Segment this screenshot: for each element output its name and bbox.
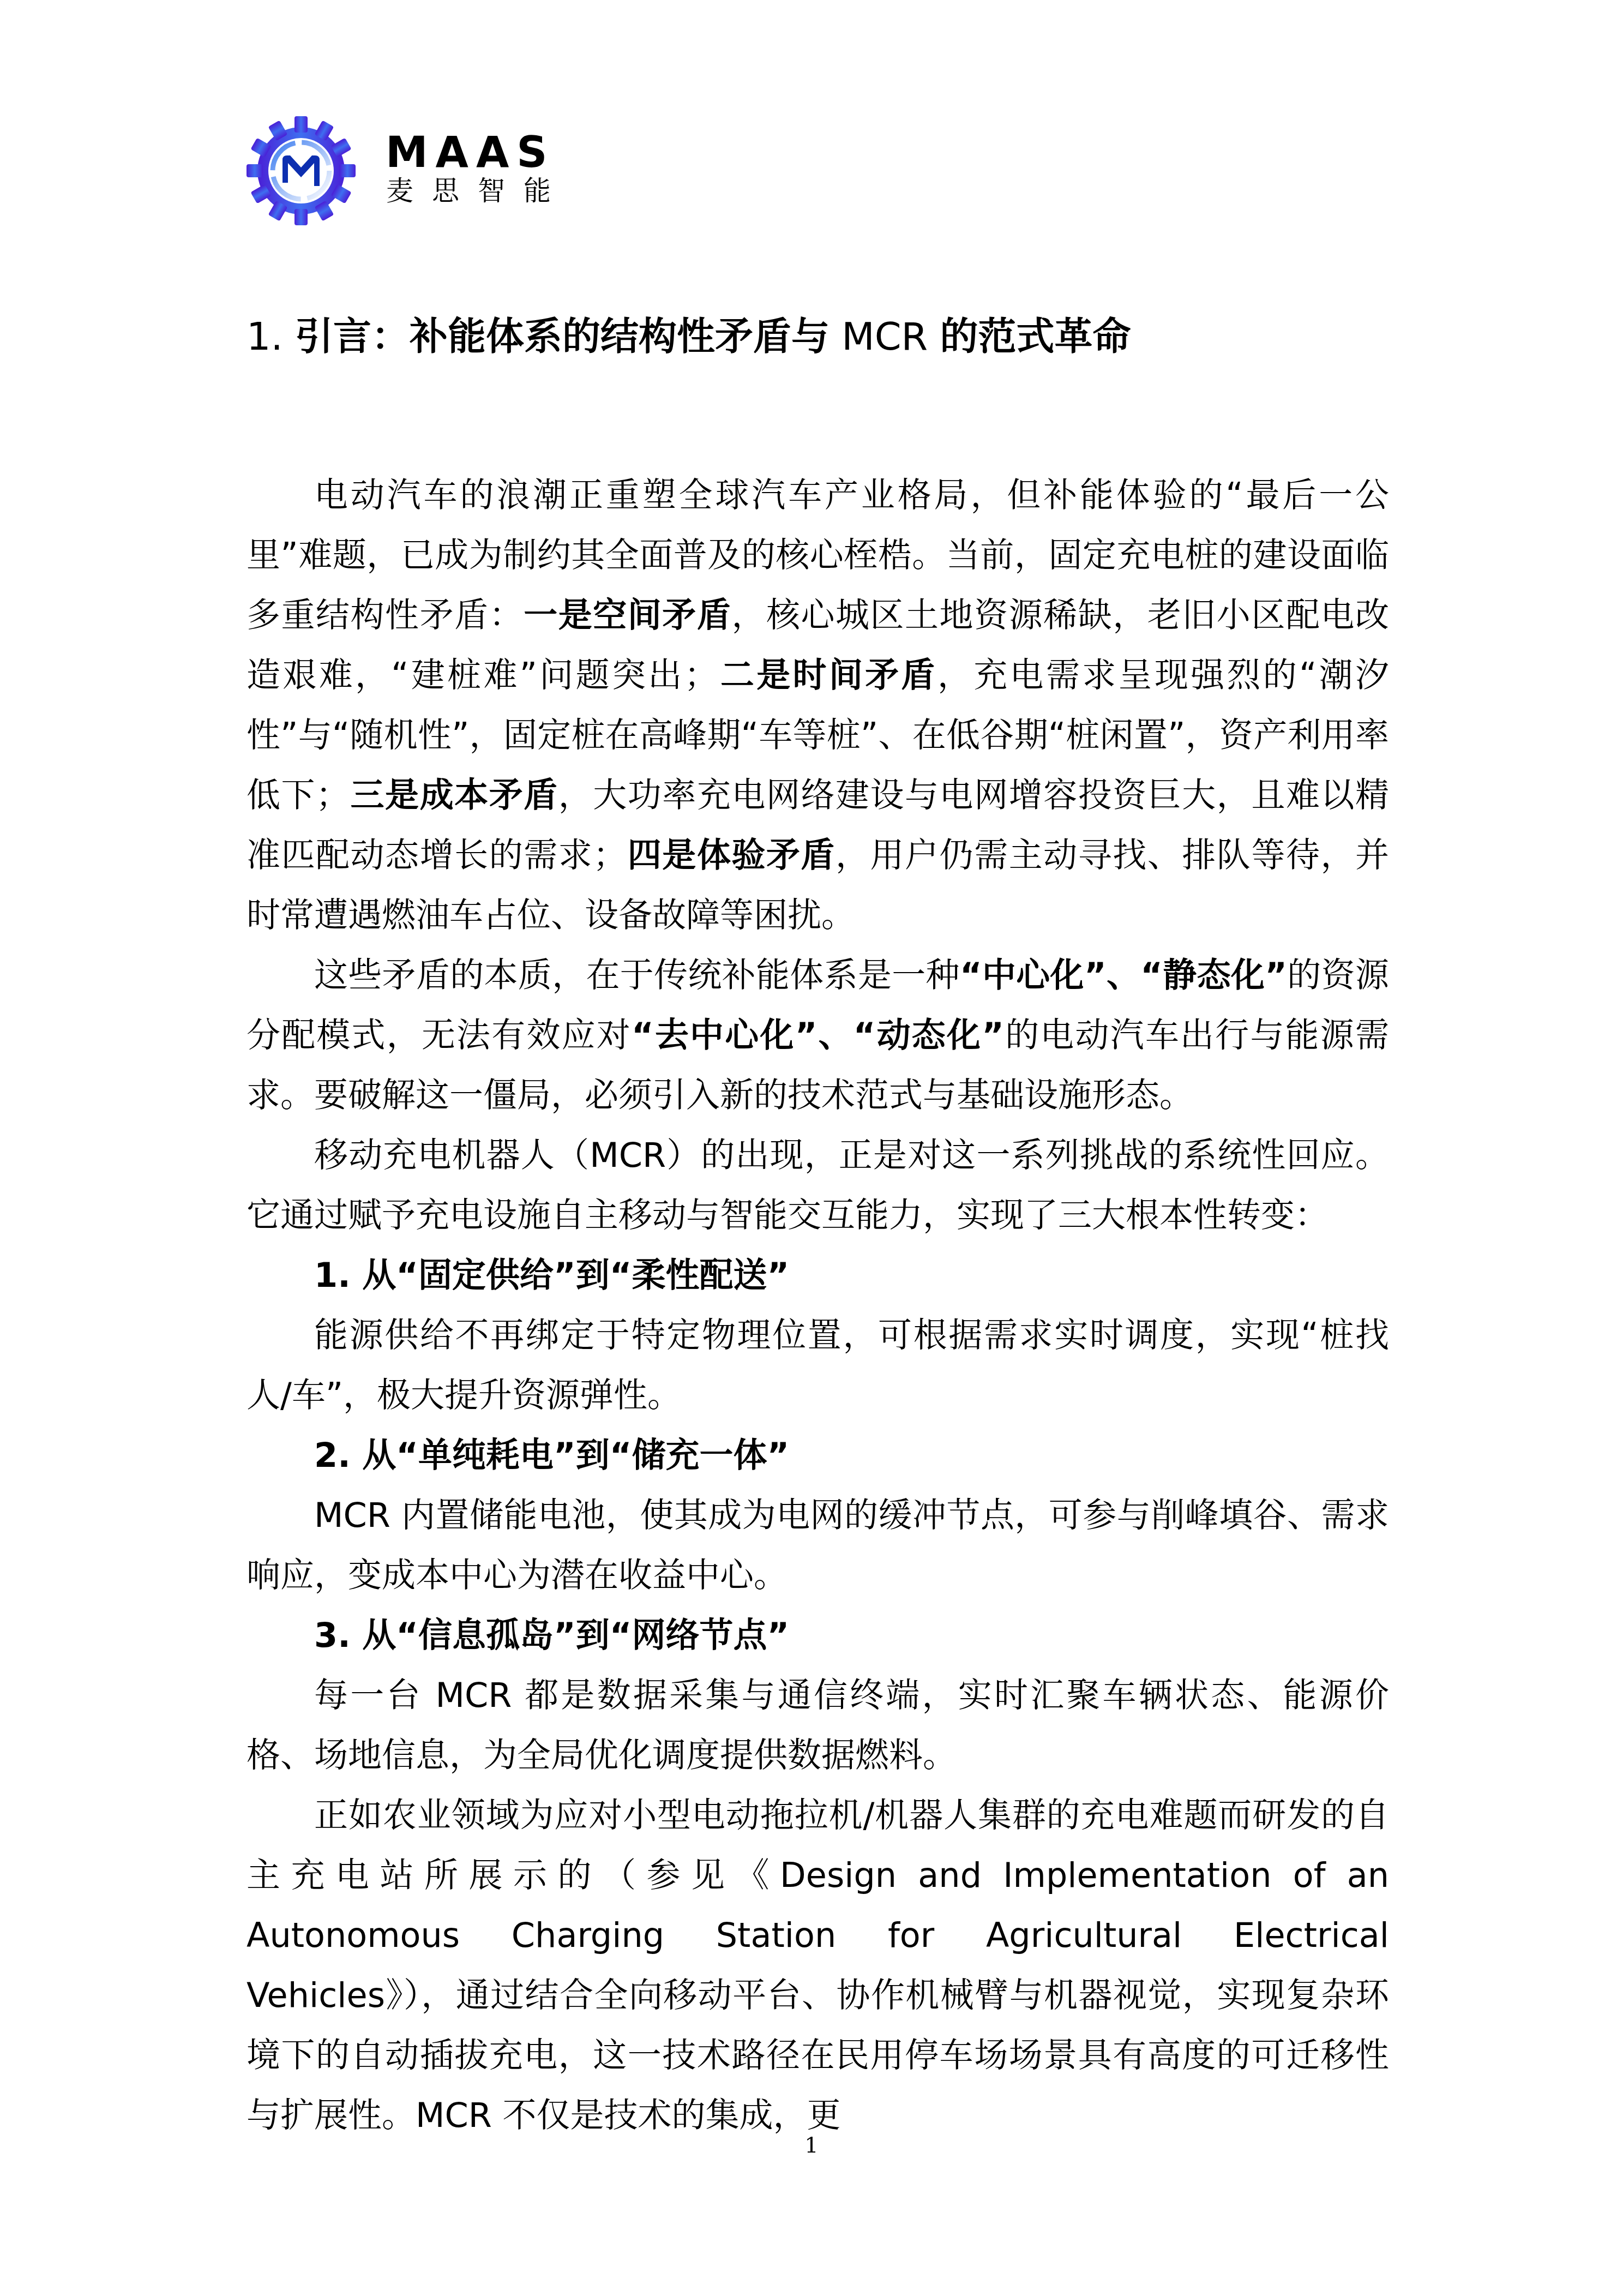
brand-name-en: MAAS	[386, 131, 555, 174]
page-number: 1	[0, 2133, 1623, 2158]
document-body: 电动汽车的浪潮正重塑全球汽车产业格局，但补能体验的“最后一公里”难题，已成为制约…	[247, 465, 1389, 2145]
heading-title-en: MCR	[841, 314, 928, 359]
bold-text: 一是空间矛盾	[524, 595, 731, 635]
section-heading: 1. 引言：补能体系的结构性矛盾与 MCR 的范式革命	[247, 314, 1131, 359]
bold-text: “中心化”、“静态化”	[960, 955, 1287, 995]
paragraph-agriculture-reference: 正如农业领域为应对小型电动拖拉机/机器人集群的充电难题而研发的自主充电站所展示的…	[247, 1785, 1389, 2145]
gear-m-logo-icon	[247, 116, 356, 225]
bold-text: “去中心化”、“动态化”	[632, 1015, 1004, 1055]
company-logo: MAAS 麦思智能	[247, 116, 579, 225]
paragraph-mcr-intro: 移动充电机器人（MCR）的出现，正是对这一系列挑战的系统性回应。它通过赋予充电设…	[247, 1125, 1389, 1245]
list-item-title-3: 3. 从“信息孤岛”到“网络节点”	[247, 1605, 1389, 1665]
heading-title-part2: 的范式革命	[940, 314, 1131, 359]
text: 这些矛盾的本质，在于传统补能体系是一种	[314, 955, 960, 995]
bold-text: 四是体验矛盾	[627, 835, 835, 875]
heading-number: 1.	[247, 314, 283, 359]
list-item-text-2: MCR 内置储能电池，使其成为电网的缓冲节点，可参与削峰填谷、需求响应，变成本中…	[247, 1485, 1389, 1605]
bold-text: 三是成本矛盾	[350, 775, 558, 815]
list-item-title-1: 1. 从“固定供给”到“柔性配送”	[247, 1245, 1389, 1305]
heading-title-part1: 引言：补能体系的结构性矛盾与	[295, 314, 829, 359]
bold-text: 二是时间矛盾	[718, 655, 937, 695]
paragraph-essence: 这些矛盾的本质，在于传统补能体系是一种“中心化”、“静态化”的资源分配模式，无法…	[247, 945, 1389, 1125]
list-item-text-1: 能源供给不再绑定于特定物理位置，可根据需求实时调度，实现“桩找人/车”，极大提升…	[247, 1305, 1389, 1425]
brand-name-cn: 麦思智能	[386, 177, 569, 205]
paragraph-contradictions: 电动汽车的浪潮正重塑全球汽车产业格局，但补能体验的“最后一公里”难题，已成为制约…	[247, 465, 1389, 945]
list-item-text-3: 每一台 MCR 都是数据采集与通信终端，实时汇聚车辆状态、能源价格、场地信息，为…	[247, 1665, 1389, 1785]
list-item-title-2: 2. 从“单纯耗电”到“储充一体”	[247, 1425, 1389, 1485]
